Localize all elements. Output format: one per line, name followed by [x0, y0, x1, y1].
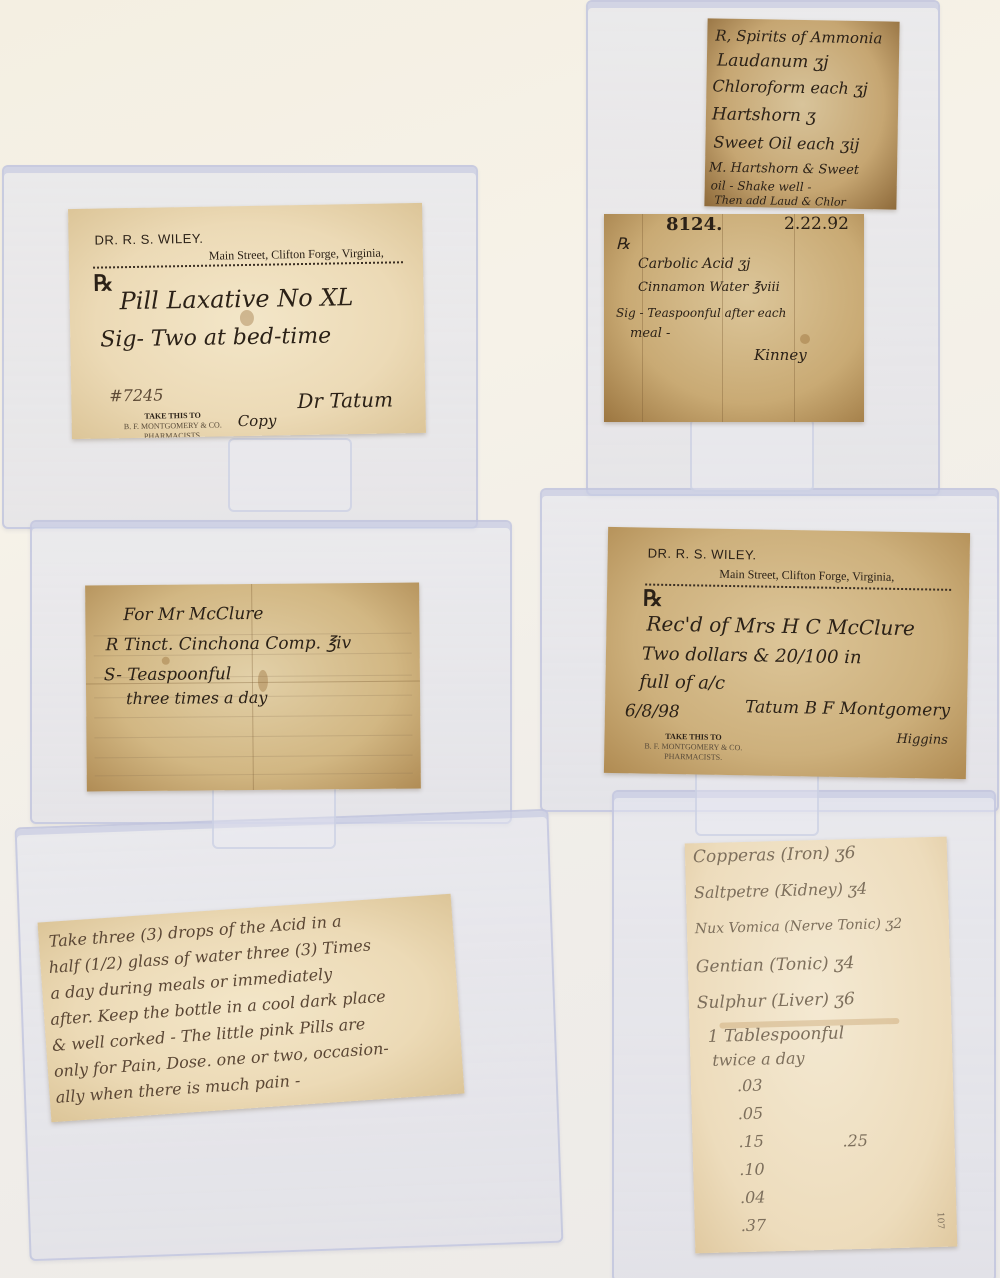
prescription-line: three times a day [126, 688, 268, 709]
doctor-address: Main Street, Clifton Forge, Virginia, [719, 567, 894, 585]
prescription-line: oil - Shake well - [711, 178, 812, 195]
copy-note: Copy [238, 412, 277, 431]
prescription-line: Sig- Two at bed-time [100, 323, 331, 355]
receipt-wiley-mcclure: DR. R. S. WILEY. Main Street, Clifton Fo… [604, 527, 970, 779]
rx-symbol: ℞ [616, 234, 630, 254]
amount: .04 [740, 1188, 766, 1209]
amount: .15 [738, 1132, 764, 1153]
price-total: .25 [842, 1131, 868, 1152]
prescription-line: Sweet Oil each ʒij [713, 132, 859, 155]
prescription-line: Sig - Teaspoonful after each [616, 306, 786, 321]
receipt-line: Rec'd of Mrs H C McClure [646, 612, 915, 642]
ingredient-line: Nux Vomica (Nerve Tonic) ʒ2 [695, 916, 903, 939]
prescription-date: 2.22.92 [784, 214, 849, 235]
acrylic-stand [690, 418, 814, 492]
pharmacist-signature: Kinney [754, 346, 807, 365]
doctor-signature: Dr Tatum [297, 387, 393, 414]
receipt-date: 6/8/98 [625, 701, 680, 723]
ingredient-line: Gentian (Tonic) ʒ4 [696, 953, 855, 978]
prescription-carbolic-acid: 8124. 2.22.92 ℞ Carbolic Acid ʒj Cinnamo… [604, 214, 864, 422]
prescription-line: Carbolic Acid ʒj [638, 256, 750, 274]
prescription-line: Hartshorn ʒ [712, 104, 816, 127]
prescription-line: For Mr McClure [123, 604, 263, 626]
page-mark: 107 [933, 1212, 945, 1229]
prescription-mcclure-cinchona: For Mr McClure R Tinct. Cinchona Comp. ℥… [85, 583, 421, 792]
amount-total: .37 [740, 1216, 766, 1237]
receipt-note: Higgins [896, 732, 948, 749]
prescription-wiley-pill-laxative: DR. R. S. WILEY. Main Street, Clifton Fo… [68, 203, 426, 439]
receipt-signature: Tatum B F Montgomery [745, 697, 950, 722]
prescription-spirits-ammonia: R, Spirits of Ammonia Laudanum ʒj Chloro… [704, 18, 899, 209]
prescription-line: R Tinct. Cinchona Comp. ℥iv [106, 633, 352, 656]
receipt-line: Two dollars & 20/100 in [642, 643, 862, 669]
doctor-address: Main Street, Clifton Forge, Virginia, [209, 246, 384, 264]
prescription-line: meal - [630, 326, 670, 342]
prescription-copperas-list: Copperas (Iron) ʒ6 Saltpetre (Kidney) ʒ4… [685, 837, 958, 1254]
amount: .05 [738, 1104, 764, 1125]
prescription-line: Pill Laxative No XL [119, 282, 353, 316]
prescription-line: S- Teaspoonful [104, 664, 232, 686]
amount: .03 [737, 1076, 763, 1097]
rx-symbol: ℞ [93, 270, 113, 296]
ingredient-line: Copperas (Iron) ʒ6 [693, 843, 856, 868]
rx-symbol: ℞ [643, 585, 663, 611]
prescription-line: R, Spirits of Ammonia [715, 26, 882, 48]
amount: .10 [739, 1160, 765, 1181]
ingredient-line: Sulphur (Liver) ʒ6 [697, 989, 855, 1014]
receipt-line: full of a/c [639, 671, 725, 695]
prescription-number: 8124. [666, 214, 722, 237]
prescription-line: M. Hartshorn & Sweet [709, 160, 859, 179]
prescription-line: Cinnamon Water ℥viii [638, 280, 780, 296]
ingredient-line: Saltpetre (Kidney) ʒ4 [694, 879, 868, 904]
prescription-line: Chloroform each ʒj [712, 76, 868, 99]
doctor-name-header: DR. R. S. WILEY. [648, 546, 757, 563]
doctor-name-header: DR. R. S. WILEY. [94, 231, 203, 248]
instructions-acid-drops: Take three (3) drops of the Acid in a ha… [38, 894, 465, 1122]
prescription-number: #7245 [109, 385, 163, 406]
dosage-line: twice a day [712, 1048, 805, 1070]
acrylic-stand [228, 438, 352, 512]
prescription-line: Laudanum ʒj [717, 51, 829, 74]
